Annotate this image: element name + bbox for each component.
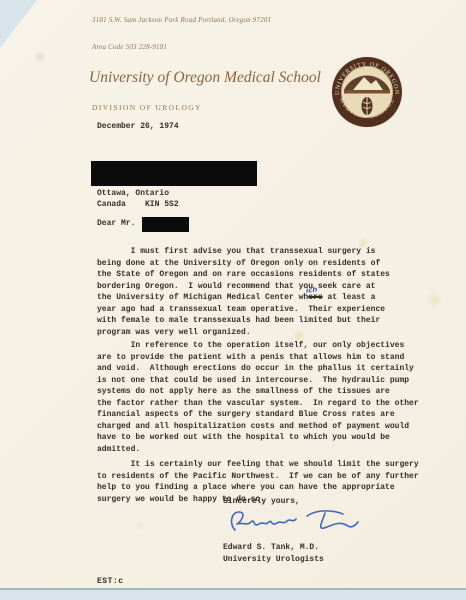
university-seal: UNIVERSITY OF OREGON MEDICAL SCHOOL xyxy=(331,56,403,128)
signature-handwriting xyxy=(227,504,361,542)
return-address: 3181 S.W. Sam Jackson Park Road Portland… xyxy=(92,16,271,24)
seal-caduceus-icon xyxy=(362,97,373,115)
typist-initials: EST:c xyxy=(97,576,124,588)
body-paragraph-1: I must first advise you that transsexual… xyxy=(97,246,435,338)
division-name: DIVISION OF UROLOGY xyxy=(92,103,202,112)
phone-line: Area Code 503 228-9181 xyxy=(92,43,167,51)
redaction-bar-recipient xyxy=(91,161,257,186)
salutation: Dear Mr. xyxy=(97,218,140,230)
letter-date: December 26, 1974 xyxy=(97,121,179,133)
recipient-country: Canada KIN 5S2 xyxy=(97,199,179,211)
body-paragraph-2: In reference to the operation itself, ou… xyxy=(97,340,435,455)
signed-title: University Urologists xyxy=(223,554,324,566)
institution-name: University of Oregon Medical School xyxy=(89,69,321,87)
redaction-bar-name xyxy=(142,217,189,232)
signed-name: Edward S. Tank, M.D. xyxy=(223,542,319,554)
paper-bottom-edge xyxy=(0,588,466,590)
recipient-city: Ottawa, Ontario xyxy=(97,188,169,200)
